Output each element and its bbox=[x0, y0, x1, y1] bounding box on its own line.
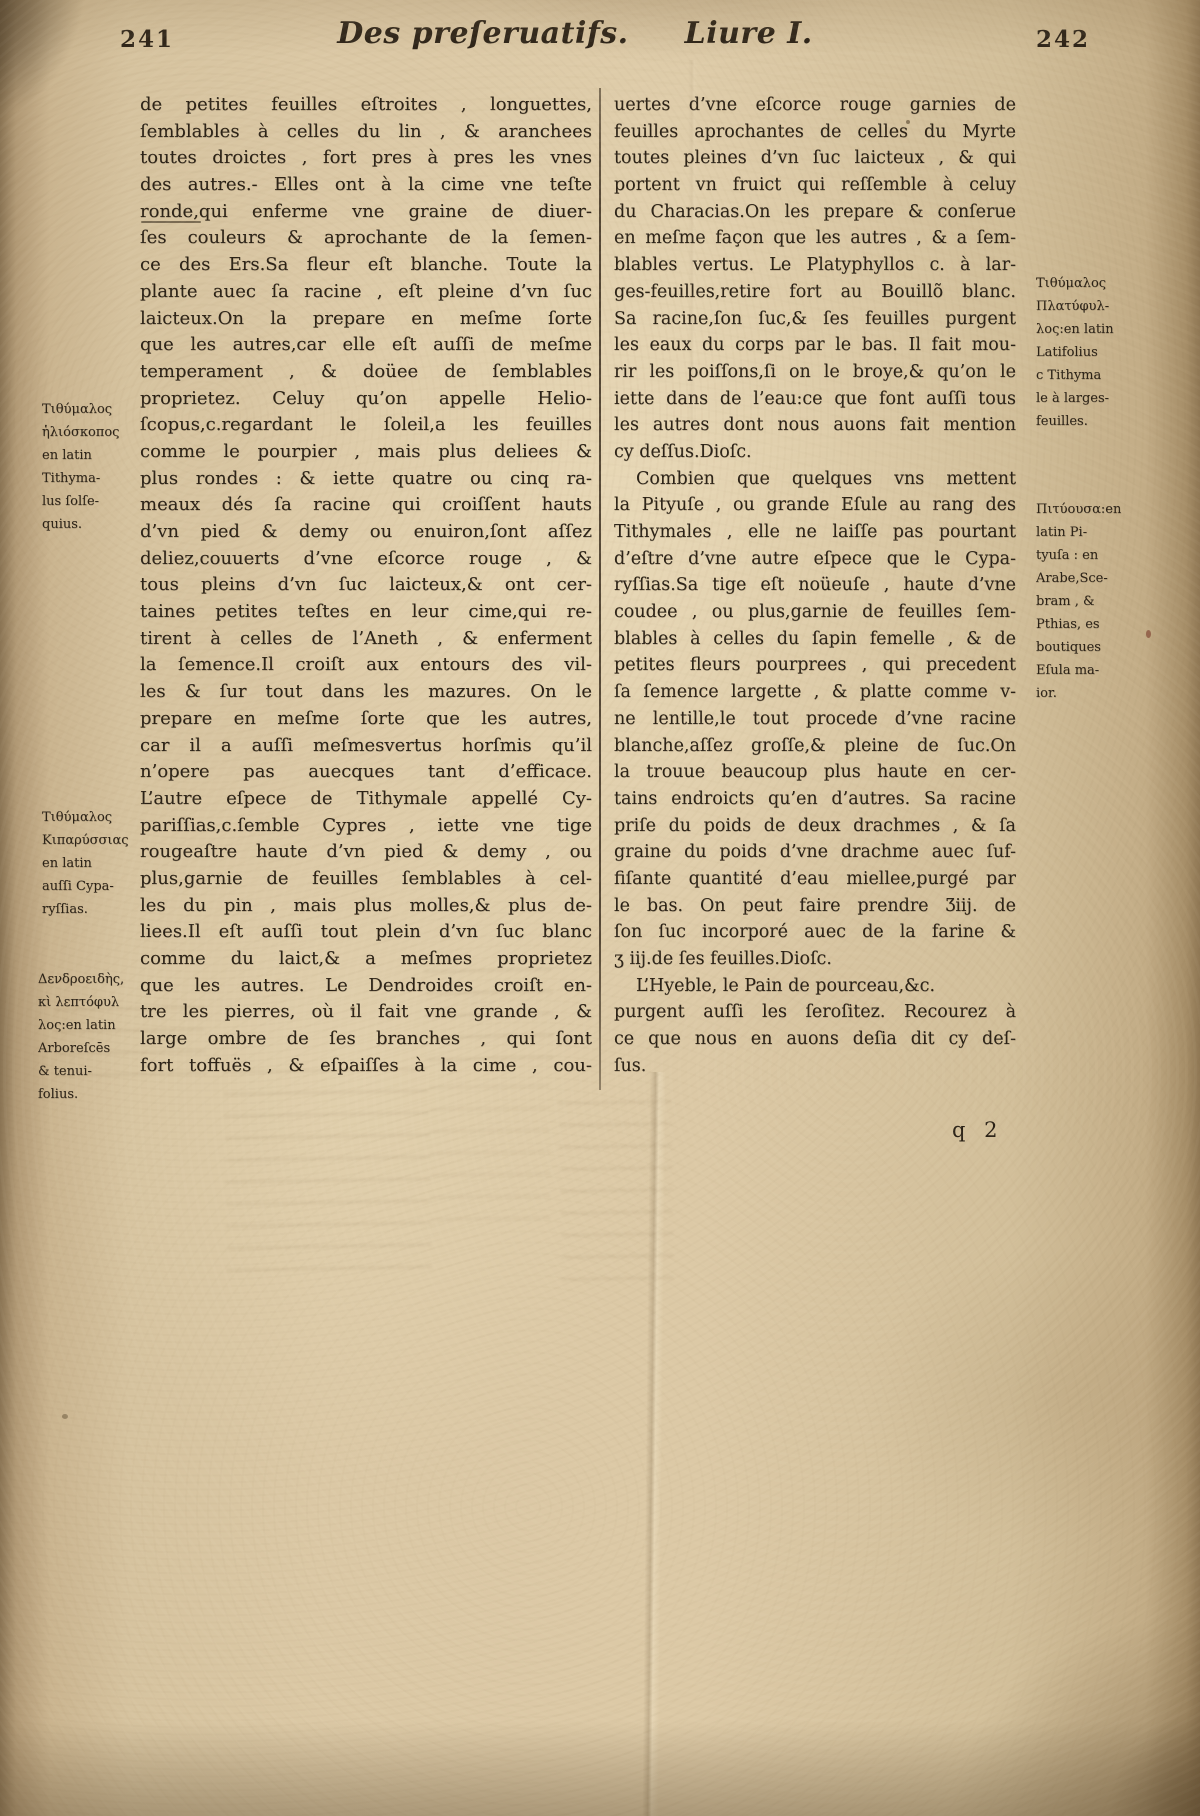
margin-note-line: Τιθύμαλος bbox=[1036, 272, 1158, 295]
text-line: fort toffuës , & eſpaiſſes à la cime , c… bbox=[140, 1053, 592, 1080]
text-line: tirent à celles de l’Aneth , & enferment bbox=[140, 626, 592, 653]
text-line: des autres.- Elles ont à la cime vne teſ… bbox=[140, 172, 592, 199]
column-divider-rule bbox=[599, 88, 601, 1090]
text-line: les autres dont nous auons fait mention bbox=[614, 412, 1016, 439]
margin-note-line: ior. bbox=[1036, 682, 1158, 705]
text-line: que les autres,car elle eſt auſſi de meſ… bbox=[140, 332, 592, 359]
text-line: feuilles aprochantes de celles du Myrte bbox=[614, 119, 1016, 146]
margin-note-line: c Tithyma bbox=[1036, 364, 1158, 387]
book-page: 241 Des preſeruatifs. Liure I. 242 Τιθύμ… bbox=[0, 0, 1200, 1816]
text-line: fiſante quantité d’eau miellee,purgé par bbox=[614, 866, 1016, 893]
text-line: le bas. On peut faire prendre Ʒiij. de bbox=[614, 893, 1016, 920]
text-line: uertes d’vne eſcorce rouge garnies de bbox=[614, 92, 1016, 119]
margin-note-line: le à larges- bbox=[1036, 387, 1158, 410]
text-line: Combien que quelques vns mettent bbox=[614, 466, 1016, 493]
text-line: rougeaſtre haute d’vn pied & demy , ou bbox=[140, 839, 592, 866]
text-line: ſes couleurs & aprochante de la ſemen- bbox=[140, 225, 592, 252]
margin-note-platyphyllos: ΤιθύμαλοςΠλατύφυλ-λος:en latinLatifolius… bbox=[1036, 272, 1158, 433]
text-line: du Characias.On les prepare & conſerue bbox=[614, 199, 1016, 226]
showthrough-ghost-text bbox=[429, 1079, 551, 1221]
text-line: iette dans de l’eau:ce que font auſſi to… bbox=[614, 386, 1016, 413]
text-line: la trouue beaucoup plus haute en cer- bbox=[614, 759, 1016, 786]
margin-note-tithymalus-helioscopus: Τιθύμαλοςἡλιόσκοποςen latinTithyma-lus ſ… bbox=[42, 398, 146, 536]
margin-note-line: ryſſias. bbox=[42, 898, 146, 921]
text-line: plus,garnie de feuilles ſemblables à cel… bbox=[140, 866, 592, 893]
text-line: ſa ſemence largette , & platte comme v- bbox=[614, 679, 1016, 706]
margin-note-line: en latin bbox=[42, 444, 146, 467]
text-line: en meſme façon que les autres , & a ſem- bbox=[614, 225, 1016, 252]
showthrough-ghost-text bbox=[558, 1084, 673, 1281]
margin-note-line: Eſula ma- bbox=[1036, 659, 1158, 682]
margin-note-dendroides: Δενδροειδὴς,κὶ λεπτόφυλλος:en latinArbor… bbox=[38, 968, 142, 1106]
text-line: toutes droictes , fort pres à pres les v… bbox=[140, 145, 592, 172]
text-line: Tithymales , elle ne laiſſe pas pourtant bbox=[614, 519, 1016, 546]
margin-note-pityusa: Πιτύουσα:enlatin Pi-tyuſa : enArabe,Sce-… bbox=[1036, 498, 1158, 705]
margin-note-line: Arboreſcēs bbox=[38, 1037, 142, 1060]
text-line: liees.Il eſt auſſi tout plein d’vn ſuc b… bbox=[140, 919, 592, 946]
text-line: plus rondes : & iette quatre ou cinq ra- bbox=[140, 466, 592, 493]
text-line: que les autres. Le Dendroides croiſt en- bbox=[140, 973, 592, 1000]
text-line: toutes pleines d’vn ſuc laicteux , & qui bbox=[614, 145, 1016, 172]
text-line: les & ſur tout dans les mazures. On le bbox=[140, 679, 592, 706]
margin-note-line: bram , & bbox=[1036, 590, 1158, 613]
margin-note-line: Pthias, es bbox=[1036, 613, 1158, 636]
text-line: la Pityuſe , ou grande Eſule au rang des bbox=[614, 492, 1016, 519]
ink-speck bbox=[62, 1414, 68, 1419]
text-line: proprietez. Celuy qu’on appelle Helio- bbox=[140, 386, 592, 413]
running-title: Des preſeruatifs. Liure I. bbox=[140, 16, 1010, 51]
margin-note-line: Πιτύουσα:en bbox=[1036, 498, 1158, 521]
text-line: priſe du poids de deux drachmes , & ſa bbox=[614, 813, 1016, 840]
margin-note-line: ἡλιόσκοπος bbox=[42, 421, 146, 444]
text-line: blanche,aſſez groſſe,& pleine de ſuc.On bbox=[614, 733, 1016, 760]
text-line: de petites feuilles eſtroites , longuett… bbox=[140, 92, 592, 119]
text-line: petites fleurs pourprees , qui precedent bbox=[614, 652, 1016, 679]
text-line: ʒ iij.de ſes feuilles.Dioſc. bbox=[614, 946, 1016, 973]
margin-note-line: λος:en latin bbox=[38, 1014, 142, 1037]
margin-note-line: Τιθύμαλος bbox=[42, 806, 146, 829]
right-text-column: uertes d’vne eſcorce rouge garnies defeu… bbox=[614, 92, 1016, 1079]
text-line: ges-feuilles,retire fort au Bouillõ blan… bbox=[614, 279, 1016, 306]
text-line: tains endroicts qu’en d’autres. Sa racin… bbox=[614, 786, 1016, 813]
margin-note-line: feuilles. bbox=[1036, 410, 1158, 433]
text-line: meaux dés ſa racine qui croiſſent hauts bbox=[140, 492, 592, 519]
text-line: les du pin , mais plus molles,& plus de- bbox=[140, 893, 592, 920]
margin-note-line: & tenui- bbox=[38, 1060, 142, 1083]
text-line: rir les poiſſons,ſi on le broye,& qu’on … bbox=[614, 359, 1016, 386]
text-line: cy deſſus.Dioſc. bbox=[614, 439, 1016, 466]
text-line: d’vn pied & demy ou enuiron,ſont aſſez bbox=[140, 519, 592, 546]
page-number-right: 242 bbox=[1036, 26, 1090, 53]
text-line: car il a auſſi meſmesvertus horſmis qu’i… bbox=[140, 733, 592, 760]
text-line: ce que nous en auons deſia dit cy deſ- bbox=[614, 1026, 1016, 1053]
margin-note-line: folius. bbox=[38, 1083, 142, 1106]
margin-note-line: Τιθύμαλος bbox=[42, 398, 146, 421]
text-line: L’autre eſpece de Tithymale appellé Cy- bbox=[140, 786, 592, 813]
margin-note-line: auſſi Cypa- bbox=[42, 875, 146, 898]
margin-note-line: Arabe,Sce- bbox=[1036, 567, 1158, 590]
text-line: tre les pierres, où il fait vne grande ,… bbox=[140, 999, 592, 1026]
text-line: laicteux.On la prepare en meſme ſorte bbox=[140, 306, 592, 333]
left-text-column: de petites feuilles eſtroites , longuett… bbox=[140, 92, 592, 1079]
ink-speck bbox=[906, 120, 910, 124]
text-line: comme du laict,& a meſmes proprietez bbox=[140, 946, 592, 973]
text-line: prepare en meſme ſorte que les autres, bbox=[140, 706, 592, 733]
margin-note-line: Πλατύφυλ- bbox=[1036, 295, 1158, 318]
margin-note-line: quius. bbox=[42, 513, 146, 536]
text-line: temperament , & doüee de ſemblables bbox=[140, 359, 592, 386]
margin-note-line: λος:en latin bbox=[1036, 318, 1158, 341]
text-line: taines petites teſtes en leur cime,qui r… bbox=[140, 599, 592, 626]
showthrough-ghost-text bbox=[223, 1063, 432, 1272]
text-line: les eaux du corps par le bas. Il fait mo… bbox=[614, 332, 1016, 359]
text-line: ſus. bbox=[614, 1053, 1016, 1080]
text-line: d’eſtre d’vne autre eſpece que le Cypa- bbox=[614, 546, 1016, 573]
text-line: ne lentille,le tout procede d’vne racine bbox=[614, 706, 1016, 733]
text-line: ryſſias.Sa tige eſt noüeuſe , haute d’vn… bbox=[614, 572, 1016, 599]
margin-note-line: Tithyma- bbox=[42, 467, 146, 490]
text-line: purgent auſſi les ſeroſitez. Recourez à bbox=[614, 999, 1016, 1026]
text-line: deliez,couuerts d’vne eſcorce rouge , & bbox=[140, 546, 592, 573]
signature-mark: q 2 bbox=[952, 1118, 1003, 1142]
text-line: ce des Ers.Sa fleur eſt blanche. Toute l… bbox=[140, 252, 592, 279]
chapter-title: Des preſeruatifs. bbox=[337, 16, 628, 51]
text-line: pariſſias,c.ſemble Cypres , iette vne ti… bbox=[140, 813, 592, 840]
margin-note-line: en latin bbox=[42, 852, 146, 875]
ink-speck bbox=[1146, 630, 1151, 638]
text-line: comme le pourpier , mais plus deliees & bbox=[140, 439, 592, 466]
text-line: coudee , ou plus,garnie de feuilles ſem- bbox=[614, 599, 1016, 626]
ink-speck bbox=[350, 1006, 355, 1011]
text-line: large ombre de ſes branches , qui ſont bbox=[140, 1026, 592, 1053]
book-title: Liure I. bbox=[685, 16, 813, 51]
margin-note-line: boutiques bbox=[1036, 636, 1158, 659]
paper-crease bbox=[642, 1072, 666, 1816]
margin-note-line: latin Pi- bbox=[1036, 521, 1158, 544]
text-line: ſon ſuc incorporé auec de la farine & bbox=[614, 919, 1016, 946]
text-line: portent vn fruict qui reſſemble à celuy bbox=[614, 172, 1016, 199]
text-line: L’Hyeble, le Pain de pourceau,&c. bbox=[614, 973, 1016, 1000]
text-line: blables à celles du ſapin femelle , & de bbox=[614, 626, 1016, 653]
text-line: graine du poids d’vne drachme auec ſuf- bbox=[614, 839, 1016, 866]
text-line: ſcopus,c.regardant le ſoleil,a les feuil… bbox=[140, 412, 592, 439]
text-line: tous pleins d’vn ſuc laicteux,& ont cer- bbox=[140, 572, 592, 599]
text-line: ronde,qui enferme vne graine de diuer- bbox=[140, 199, 592, 226]
ink-underline-artifact bbox=[141, 221, 201, 223]
margin-note-line: Δενδροειδὴς, bbox=[38, 968, 142, 991]
corner-shadow bbox=[1050, 1646, 1200, 1816]
text-line: ſemblables à celles du lin , & aranchees bbox=[140, 119, 592, 146]
text-line: n’opere pas auecques tant d’efficace. bbox=[140, 759, 592, 786]
margin-note-tithymalus-cyparissias: ΤιθύμαλοςΚιπαρύσσιαςen latinauſſi Cypa-r… bbox=[42, 806, 146, 921]
margin-note-line: Κιπαρύσσιας bbox=[42, 829, 146, 852]
margin-note-line: κὶ λεπτόφυλ bbox=[38, 991, 142, 1014]
text-line: Sa racine,ſon ſuc,& ſes feuilles purgent bbox=[614, 306, 1016, 333]
text-line: la ſemence.Il croiſt aux entours des vil… bbox=[140, 652, 592, 679]
text-line: plante auec ſa racine , eſt pleine d’vn … bbox=[140, 279, 592, 306]
text-line: blables vertus. Le Platyphyllos c. à lar… bbox=[614, 252, 1016, 279]
margin-note-line: tyuſa : en bbox=[1036, 544, 1158, 567]
margin-note-line: Latifolius bbox=[1036, 341, 1158, 364]
margin-note-line: lus ſolſe- bbox=[42, 490, 146, 513]
